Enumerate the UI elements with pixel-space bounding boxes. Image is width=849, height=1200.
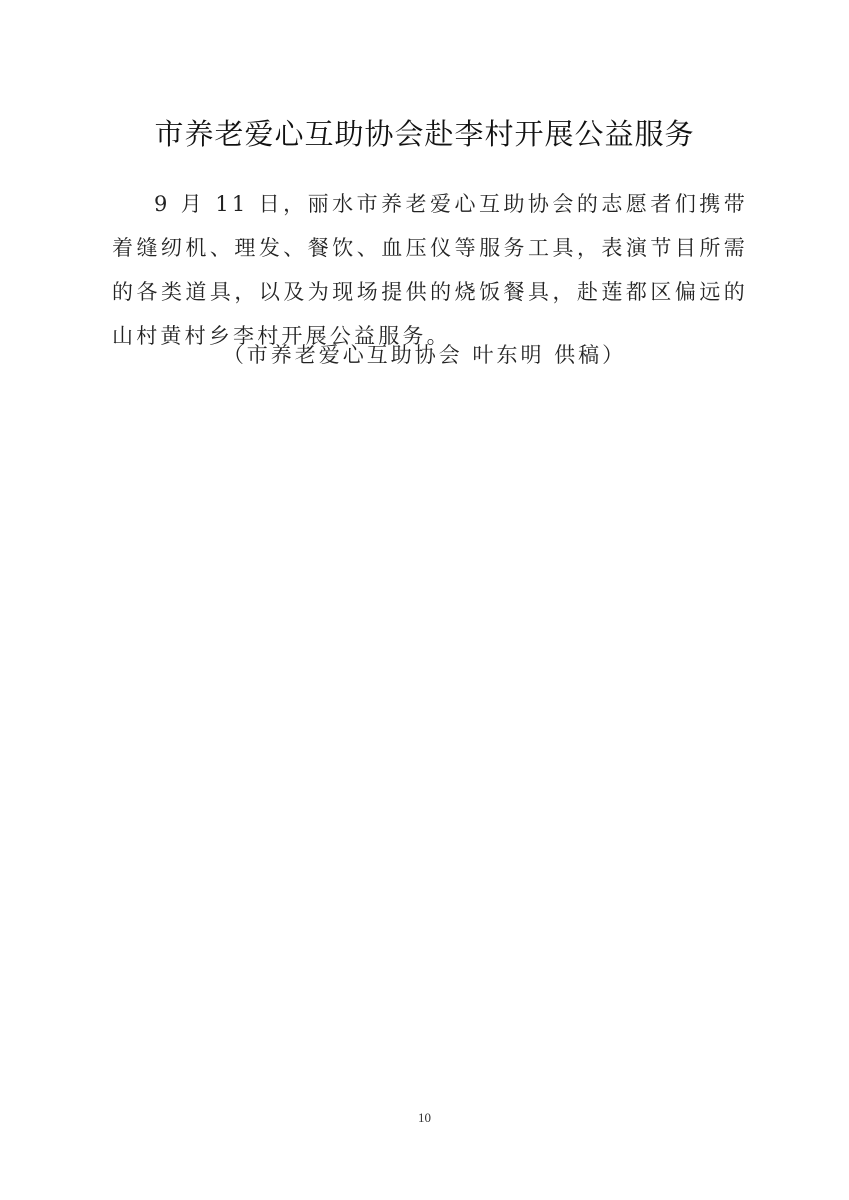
article-title: 市养老爱心互助协会赴李村开展公益服务 xyxy=(0,112,849,153)
article-credit: （市养老爱心互助协会 叶东明 供稿） xyxy=(0,339,849,369)
article-body-paragraph: 9 月 11 日，丽水市养老爱心互助协会的志愿者们携带着缝纫机、理发、餐饮、血压… xyxy=(112,182,748,358)
page-number: 10 xyxy=(0,1110,849,1126)
